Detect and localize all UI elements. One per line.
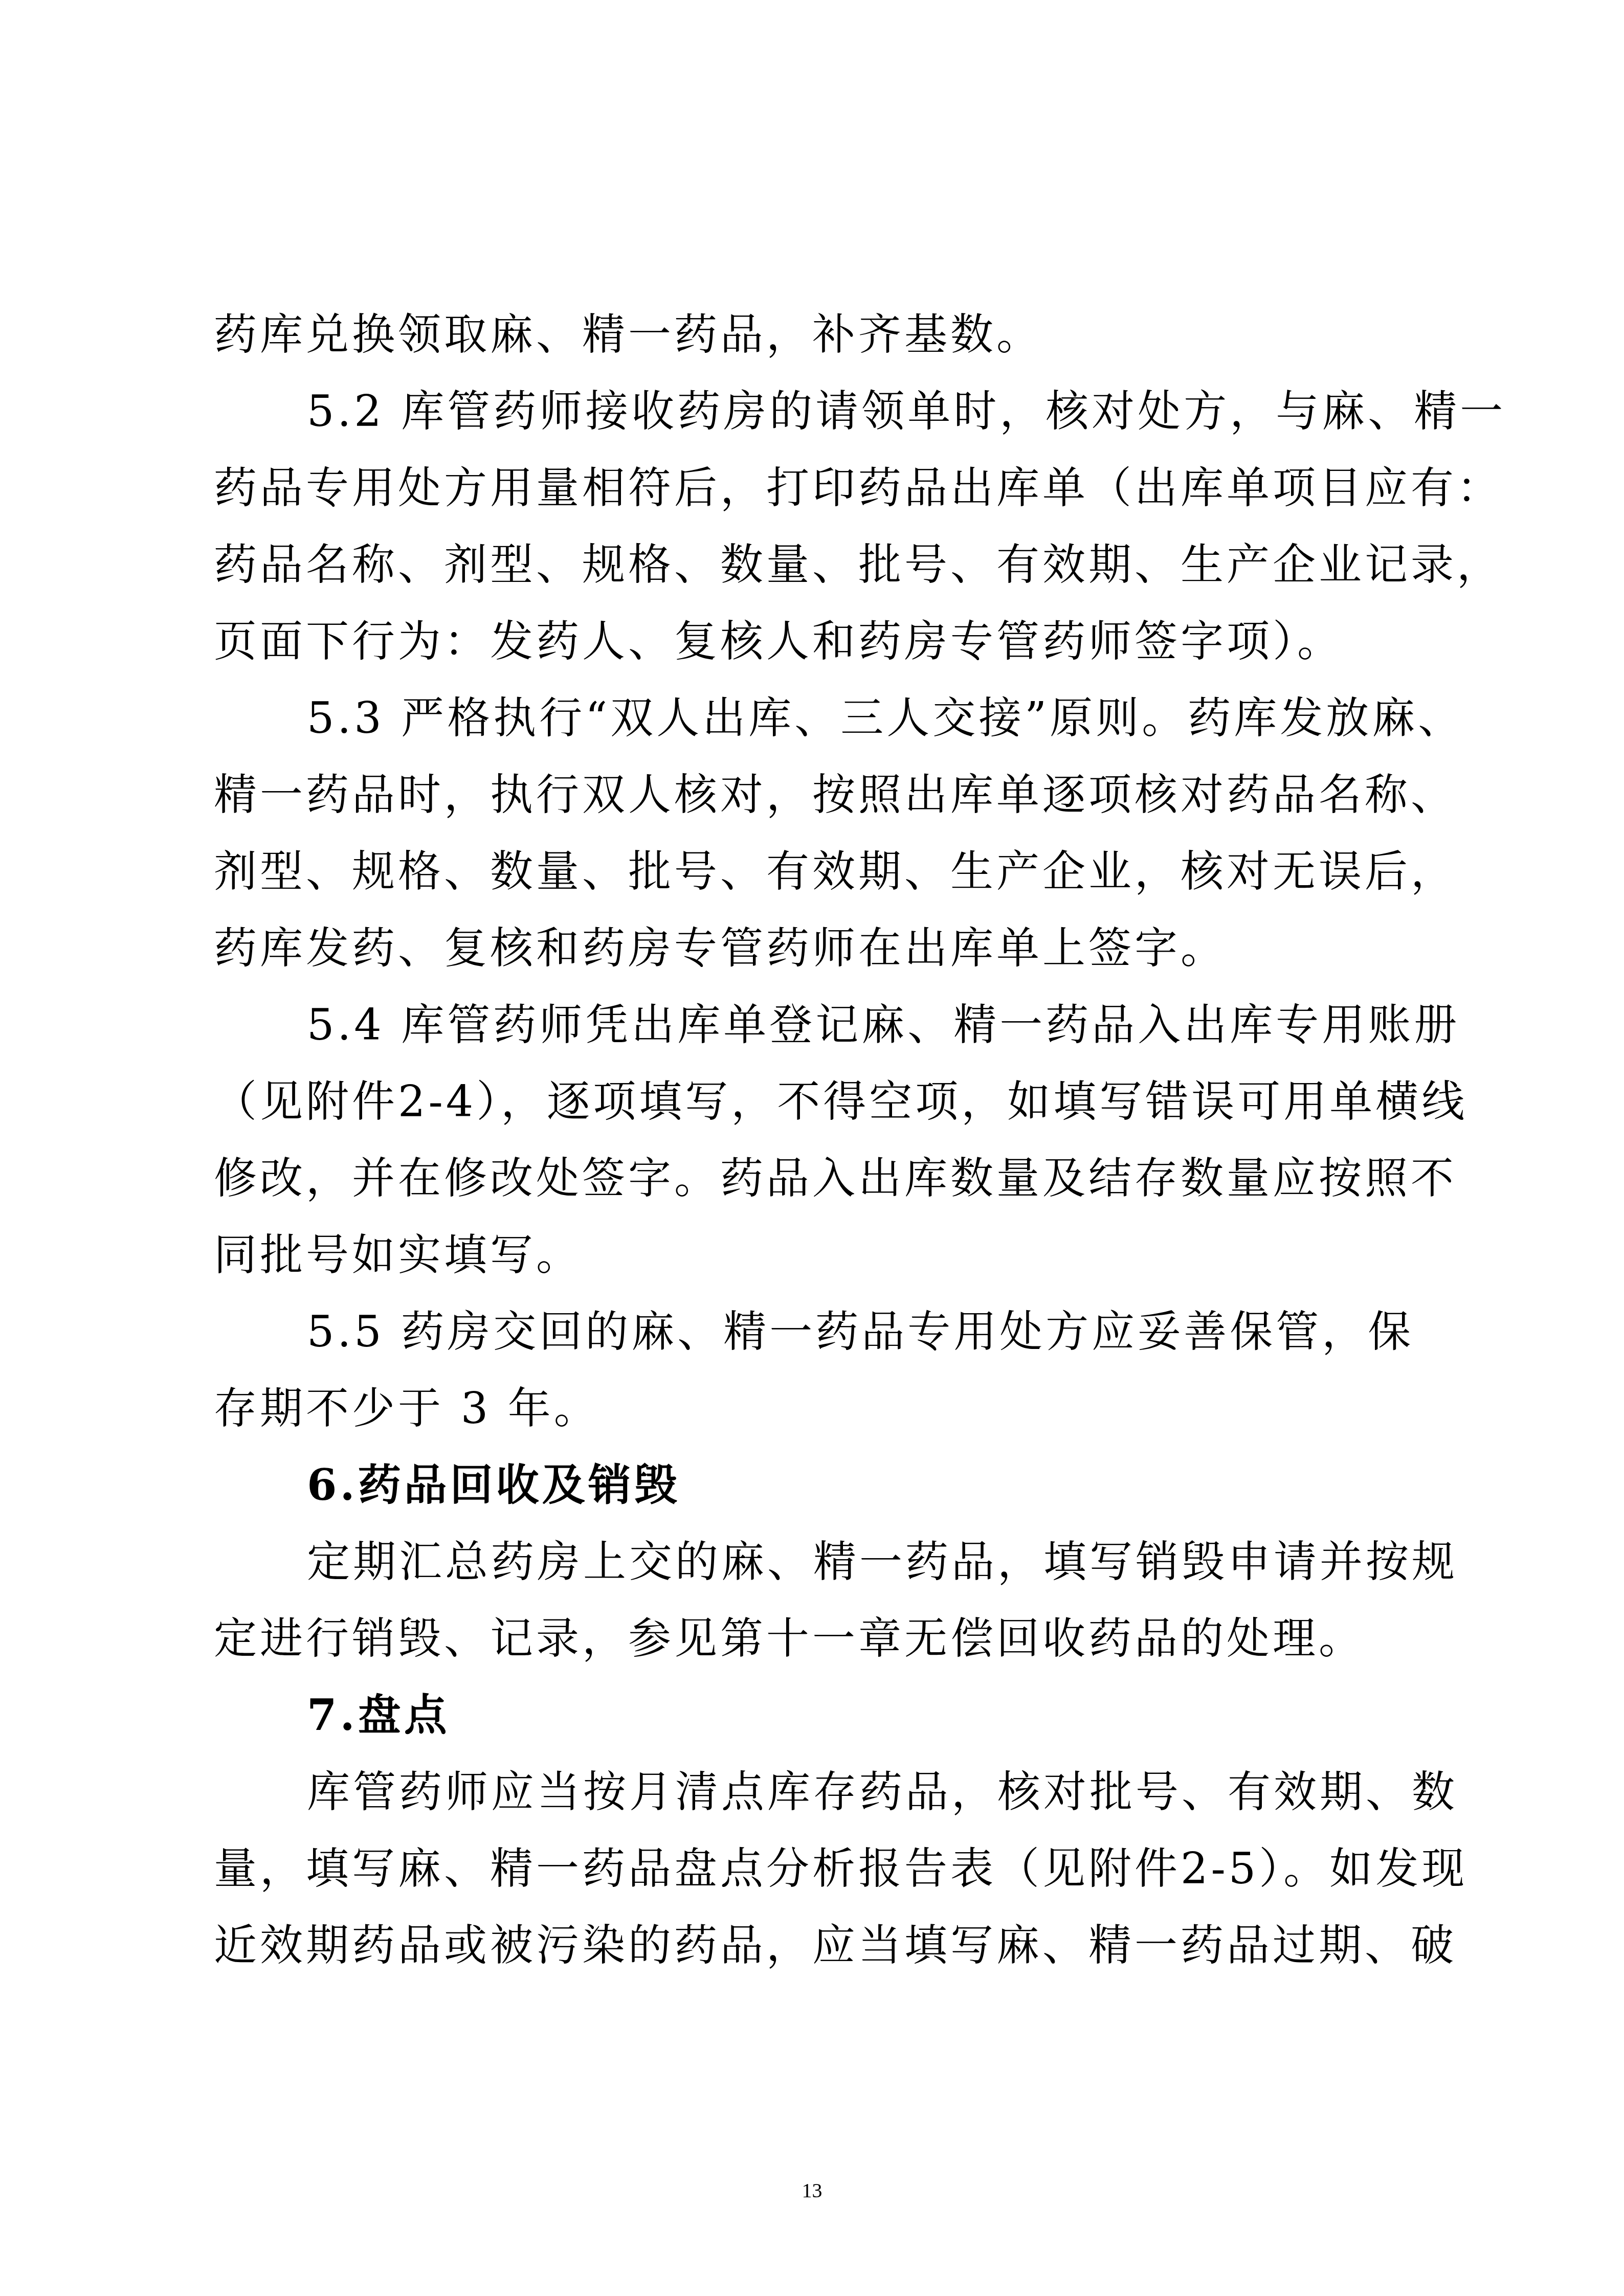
body-text-line: 库管药师应当按月清点库存药品，核对批号、有效期、数 [307, 1770, 1458, 1813]
section-5-3-text: 5.3 严格执行“双人出库、三人交接”原则。药库发放麻、 [307, 696, 1464, 739]
body-text-line: 修改，并在修改处签字。药品入出库数量及结存数量应按照不 [214, 1157, 1457, 1200]
body-text-line: 页面下行为：发药人、复核人和药房专管药师签字项）。 [214, 620, 1343, 663]
body-text-line: 药库发药、复核和药房专管药师在出库单上签字。 [214, 927, 1227, 970]
section-heading-7: 7.盘点 [307, 1694, 450, 1737]
body-text-line: 存期不少于 3 年。 [214, 1387, 600, 1430]
body-text-line: 定进行销毁、记录，参见第十一章无偿回收药品的处理。 [214, 1617, 1365, 1660]
body-text-line: （见附件2-4），逐项填写，不得空项，如填写错误可用单横线 [214, 1080, 1467, 1123]
section-5-5-text: 5.5 药房交回的麻、精一药品专用处方应妥善保管，保 [307, 1310, 1414, 1353]
section-5-4-text: 5.4 库管药师凭出库单登记麻、精一药品入出库专用账册 [307, 1003, 1460, 1046]
body-text-line: 药品名称、剂型、规格、数量、批号、有效期、生产企业记录， [214, 543, 1503, 586]
body-text-line: 剂型、规格、数量、批号、有效期、生产企业，核对无误后， [214, 850, 1457, 893]
page-number: 13 [0, 2178, 1624, 2202]
body-text-line: 近效期药品或被污染的药品，应当填写麻、精一药品过期、破 [214, 1924, 1457, 1967]
body-text-line: 药品专用处方用量相符后，打印药品出库单（出库单项目应有： [214, 466, 1503, 509]
body-text-line: 量，填写麻、精一药品盘点分析报告表（见附件2-5）。如发现 [214, 1847, 1467, 1890]
body-text-line: 精一药品时，执行双人核对，按照出库单逐项核对药品名称、 [214, 773, 1457, 816]
section-5-2-text: 5.2 库管药师接收药房的请领单时，核对处方，与麻、精一 [307, 390, 1506, 433]
body-text-line: 同批号如实填写。 [214, 1233, 582, 1276]
body-text-line: 药库兑换领取麻、精一药品，补齐基数。 [214, 313, 1042, 356]
section-heading-6: 6.药品回收及销毁 [307, 1464, 680, 1506]
document-page: 药库兑换领取麻、精一药品，补齐基数。 5.2 库管药师接收药房的请领单时，核对处… [0, 0, 1624, 2296]
body-text-line: 定期汇总药房上交的麻、精一药品，填写销毁申请并按规 [307, 1540, 1458, 1583]
